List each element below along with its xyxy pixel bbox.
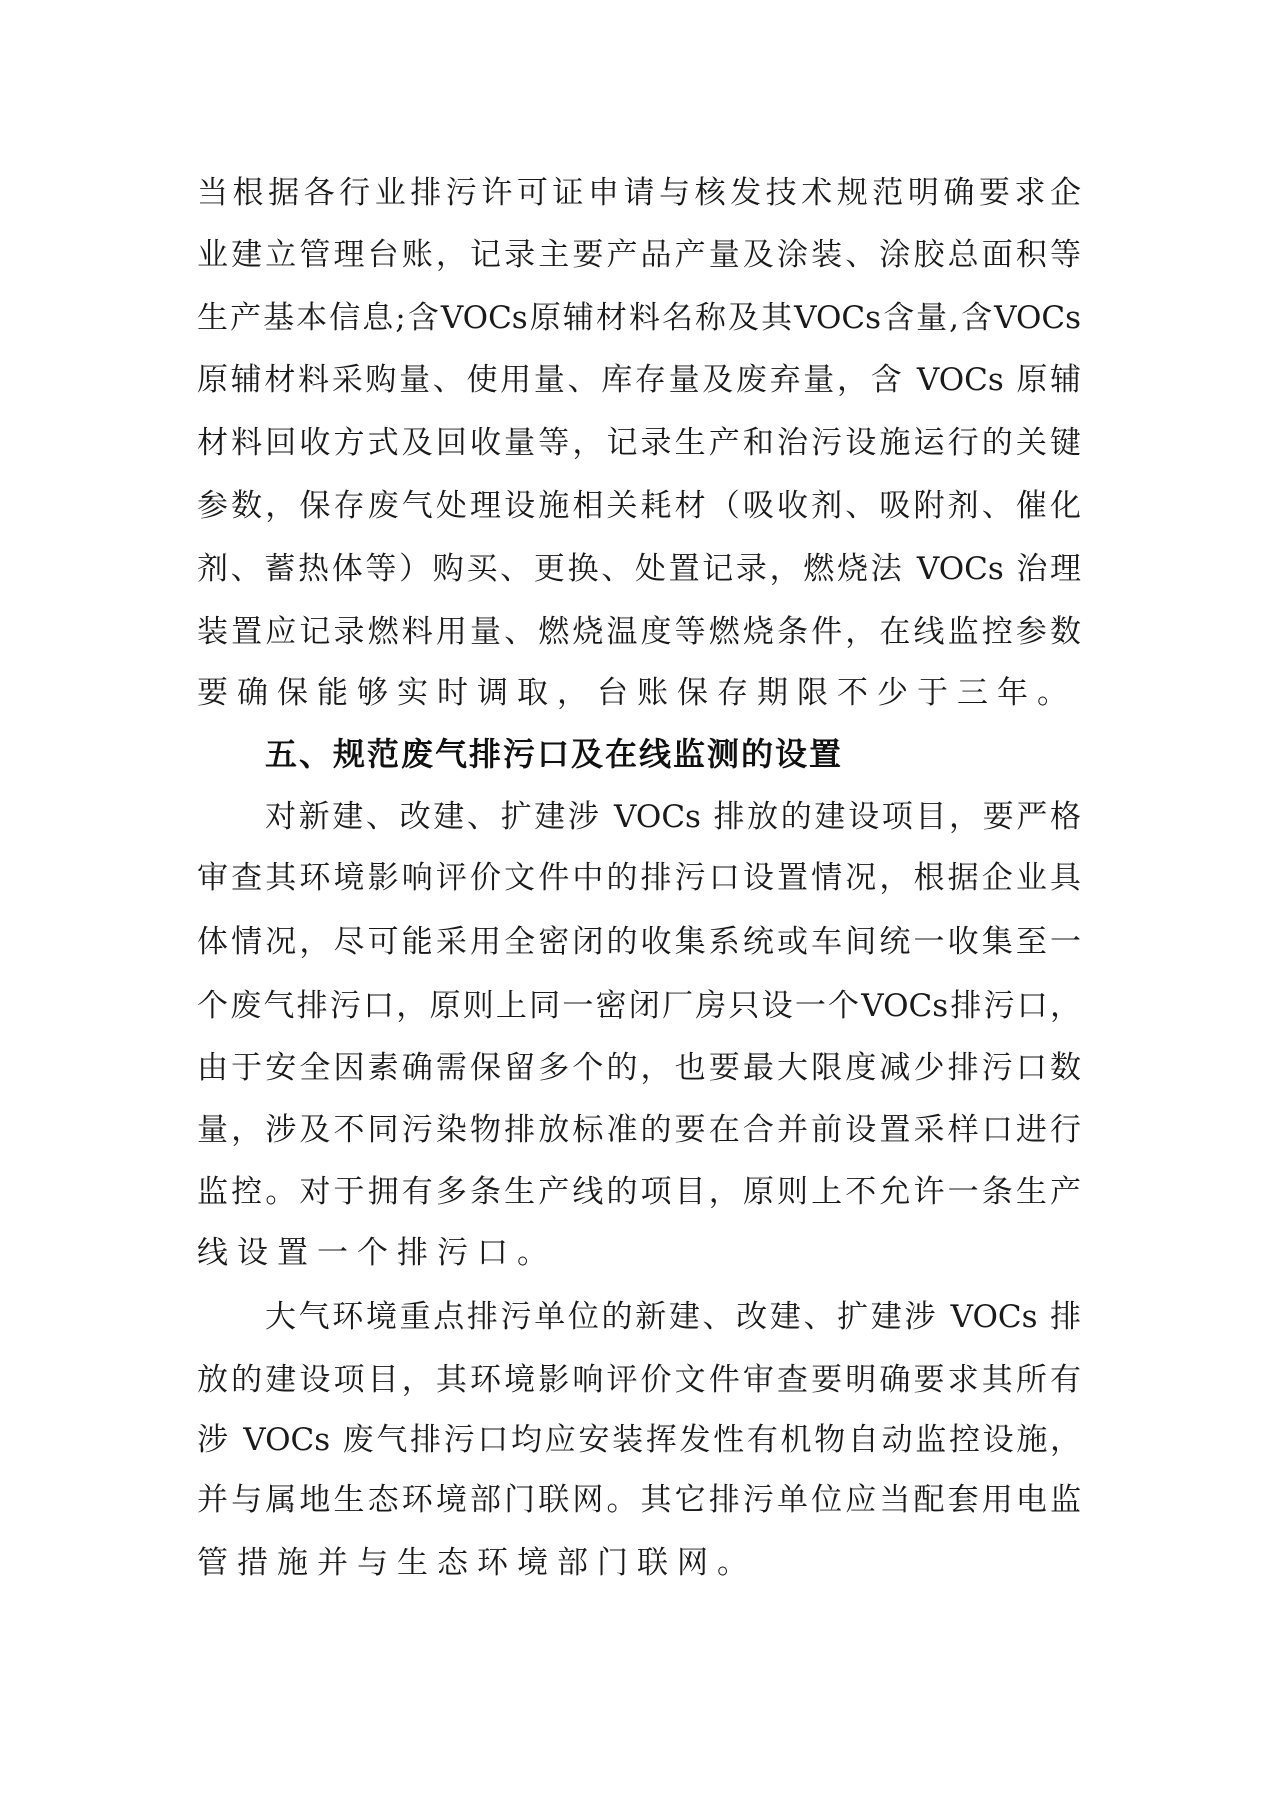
paragraph-line: 材料回收方式及回收量等，记录生产和治污设施运行的关键 — [197, 423, 1081, 463]
paragraph-line: 大气环境重点排污单位的新建、改建、扩建涉 VOCs 排 — [265, 1297, 1081, 1337]
paragraph-line: 装置应记录燃料用量、燃烧温度等燃烧条件，在线监控参数 — [197, 612, 1081, 652]
paragraph-line: 管措施并与生态环境部门联网。 — [197, 1543, 1081, 1583]
paragraph-line: 审查其环境影响评价文件中的排污口设置情况，根据企业具 — [197, 858, 1081, 898]
paragraph-line: 剂、蓄热体等）购买、更换、处置记录，燃烧法 VOCs 治理 — [197, 549, 1081, 589]
paragraph-line: 放的建设项目，其环境影响评价文件审查要明确要求其所有 — [197, 1360, 1081, 1400]
section-heading: 五、规范废气排污口及在线监测的设置 — [265, 733, 843, 775]
paragraph-line: 监控。对于拥有多条生产线的项目，原则上不允许一条生产 — [197, 1172, 1081, 1212]
document-page: 当根据各行业排污许可证申请与核发技术规范明确要求企 业建立管理台账，记录主要产品… — [0, 0, 1280, 1810]
paragraph-line: 涉 VOCs 废气排污口均应安装挥发性有机物自动监控设施， — [197, 1420, 1081, 1460]
paragraph-line: 个废气排污口，原则上同一密闭厂房只设一个VOCs排污口， — [197, 986, 1081, 1026]
paragraph-line: 当根据各行业排污许可证申请与核发技术规范明确要求企 — [197, 173, 1081, 213]
paragraph-line: 要确保能够实时调取，台账保存期限不少于三年。 — [197, 673, 1081, 713]
paragraph-line: 体情况，尽可能采用全密闭的收集系统或车间统一收集至一 — [197, 922, 1081, 962]
paragraph-line: 量，涉及不同污染物排放标准的要在合并前设置采样口进行 — [197, 1110, 1081, 1150]
paragraph-line: 线设置一个排污口。 — [197, 1233, 1081, 1273]
paragraph-line: 业建立管理台账，记录主要产品产量及涂装、涂胶总面积等 — [197, 235, 1081, 275]
paragraph-line: 原辅材料采购量、使用量、库存量及废弃量，含 VOCs 原辅 — [197, 360, 1081, 400]
paragraph-line: 并与属地生态环境部门联网。其它排污单位应当配套用电监 — [197, 1480, 1081, 1520]
paragraph-line: 生产基本信息;含VOCs原辅材料名称及其VOCs含量,含VOCs — [197, 298, 1081, 338]
paragraph-line: 由于安全因素确需保留多个的，也要最大限度减少排污口数 — [197, 1048, 1081, 1088]
paragraph-line: 对新建、改建、扩建涉 VOCs 排放的建设项目，要严格 — [265, 797, 1081, 837]
paragraph-line: 参数，保存废气处理设施相关耗材（吸收剂、吸附剂、催化 — [197, 486, 1081, 526]
